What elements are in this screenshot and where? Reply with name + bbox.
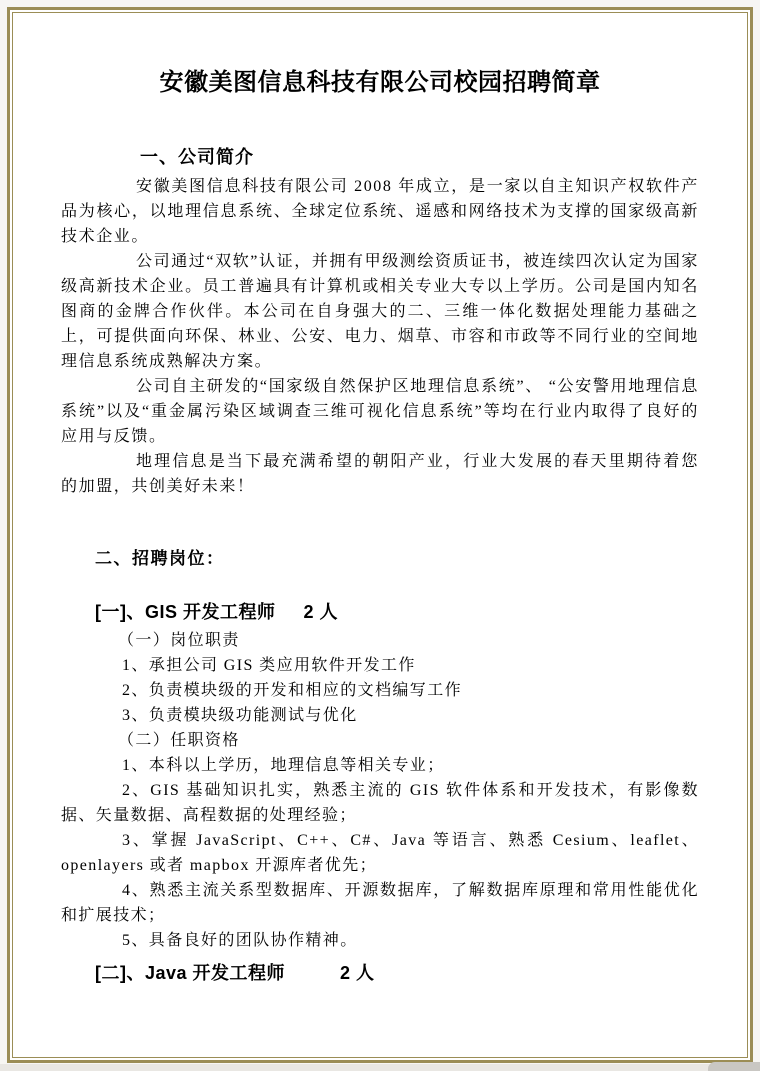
company-paragraph: 公司通过“双软”认证，并拥有甲级测绘资质证书，被连续四次认定为国家级高新技术企业… <box>61 249 699 374</box>
job-headcount: 2 人 <box>340 963 375 983</box>
job-headcount: 2 人 <box>304 602 339 622</box>
section-heading-company-intro: 一、公司简介 <box>61 145 699 169</box>
page-bottom-gap <box>0 1064 760 1071</box>
section-heading-positions: 二、招聘岗位： <box>61 547 699 570</box>
job-title: [二]、Java 开发工程师 <box>95 963 285 983</box>
page-gold-border: 安徽美图信息科技有限公司校园招聘简章 一、公司简介 安徽美图信息科技有限公司 2… <box>12 12 748 1058</box>
document-viewport: 安徽美图信息科技有限公司校园招聘简章 一、公司简介 安徽美图信息科技有限公司 2… <box>0 0 760 1071</box>
page-content: 安徽美图信息科技有限公司校园招聘简章 一、公司简介 安徽美图信息科技有限公司 2… <box>13 67 747 986</box>
duty-item: 3、负责模块级功能测试与优化 <box>61 703 699 728</box>
document-page: 安徽美图信息科技有限公司校园招聘简章 一、公司简介 安徽美图信息科技有限公司 2… <box>7 7 753 1063</box>
company-paragraph: 地理信息是当下最充满希望的朝阳产业，行业大发展的春天里期待着您的加盟，共创美好未… <box>61 449 699 499</box>
qualification-item: 5、具备良好的团队协作精神。 <box>61 928 699 953</box>
job-gis-details: （一）岗位职责 1、承担公司 GIS 类应用软件开发工作 2、负责模块级的开发和… <box>61 628 699 953</box>
page-corner-shadow <box>708 1062 760 1071</box>
duty-item: 1、承担公司 GIS 类应用软件开发工作 <box>61 653 699 678</box>
qualification-item: 1、本科以上学历，地理信息等相关专业； <box>61 753 699 778</box>
job-heading-gis-engineer: [一]、GIS 开发工程师2 人 <box>61 600 699 625</box>
duties-subheading: （一）岗位职责 <box>61 628 699 653</box>
document-title: 安徽美图信息科技有限公司校园招聘简章 <box>61 67 699 99</box>
qualification-item: 2、GIS 基础知识扎实，熟悉主流的 GIS 软件体系和开发技术，有影像数据、矢… <box>61 778 699 828</box>
qualifications-subheading: （二）任职资格 <box>61 728 699 753</box>
job-title: [一]、GIS 开发工程师 <box>95 602 276 622</box>
qualification-item: 3、掌握 JavaScript、C++、C#、Java 等语言、熟悉 Cesiu… <box>61 828 699 878</box>
company-paragraph: 公司自主研发的“国家级自然保护区地理信息系统”、 “公安警用地理信息系统”以及“… <box>61 374 699 449</box>
duty-item: 2、负责模块级的开发和相应的文档编写工作 <box>61 678 699 703</box>
job-heading-java-engineer: [二]、Java 开发工程师2 人 <box>61 961 699 986</box>
company-intro-text: 安徽美图信息科技有限公司 2008 年成立，是一家以自主知识产权软件产品为核心，… <box>61 174 699 499</box>
company-paragraph: 安徽美图信息科技有限公司 2008 年成立，是一家以自主知识产权软件产品为核心，… <box>61 174 699 249</box>
qualification-item: 4、熟悉主流关系型数据库、开源数据库，了解数据库原理和常用性能优化和扩展技术； <box>61 878 699 928</box>
